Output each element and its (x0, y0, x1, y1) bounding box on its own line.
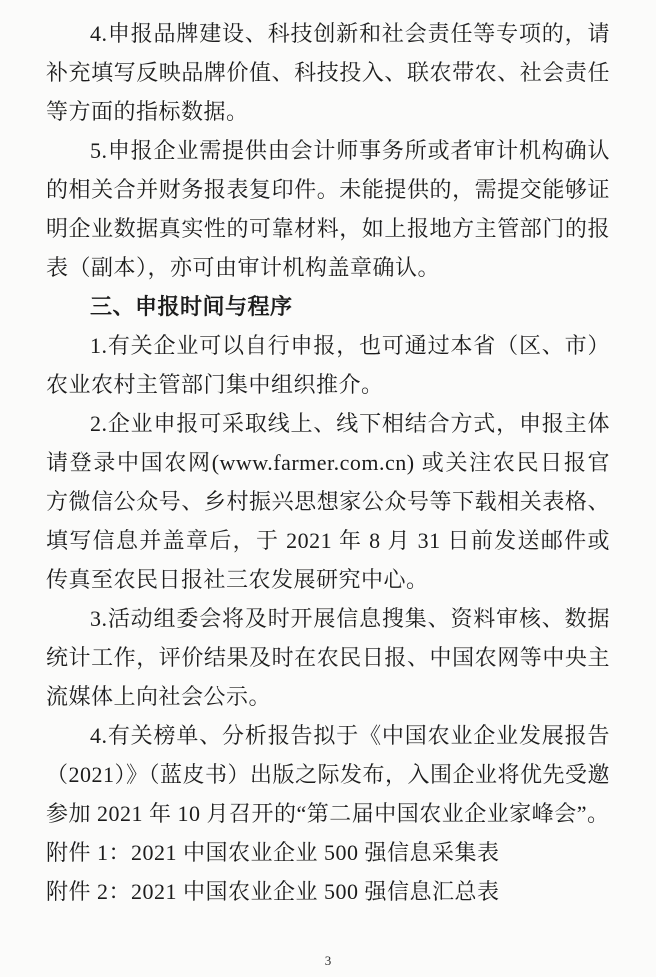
paragraph-4-brand-special: 4.申报品牌建设、科技创新和社会责任等专项的，请补充填写反映品牌价值、科技投入、… (46, 14, 610, 131)
page-number: 3 (0, 953, 656, 969)
paragraph-2-online-offline-submission: 2.企业申报可采取线上、线下相结合方式，申报主体请登录中国农网(www.farm… (46, 404, 610, 599)
attachment-2-info-summary-form: 附件 2：2021 中国农业企业 500 强信息汇总表 (46, 872, 610, 911)
section-heading-application-time-procedure: 三、申报时间与程序 (46, 287, 610, 326)
paragraph-3-review-publicity: 3.活动组委会将及时开展信息搜集、资料审核、数据统计工作，评价结果及时在农民日报… (46, 599, 610, 716)
paragraph-5-financial-statements: 5.申报企业需提供由会计师事务所或者审计机构确认的相关合并财务报表复印件。未能提… (46, 131, 610, 287)
document-page: 4.申报品牌建设、科技创新和社会责任等专项的，请补充填写反映品牌价值、科技投入、… (0, 0, 656, 977)
paragraph-1-self-application: 1.有关企业可以自行申报，也可通过本省（区、市）农业农村主管部门集中组织推介。 (46, 326, 610, 404)
attachment-1-info-collection-form: 附件 1：2021 中国农业企业 500 强信息采集表 (46, 833, 610, 872)
paragraph-4-report-release: 4.有关榜单、分析报告拟于《中国农业企业发展报告（2021）》（蓝皮书）出版之际… (46, 716, 610, 833)
